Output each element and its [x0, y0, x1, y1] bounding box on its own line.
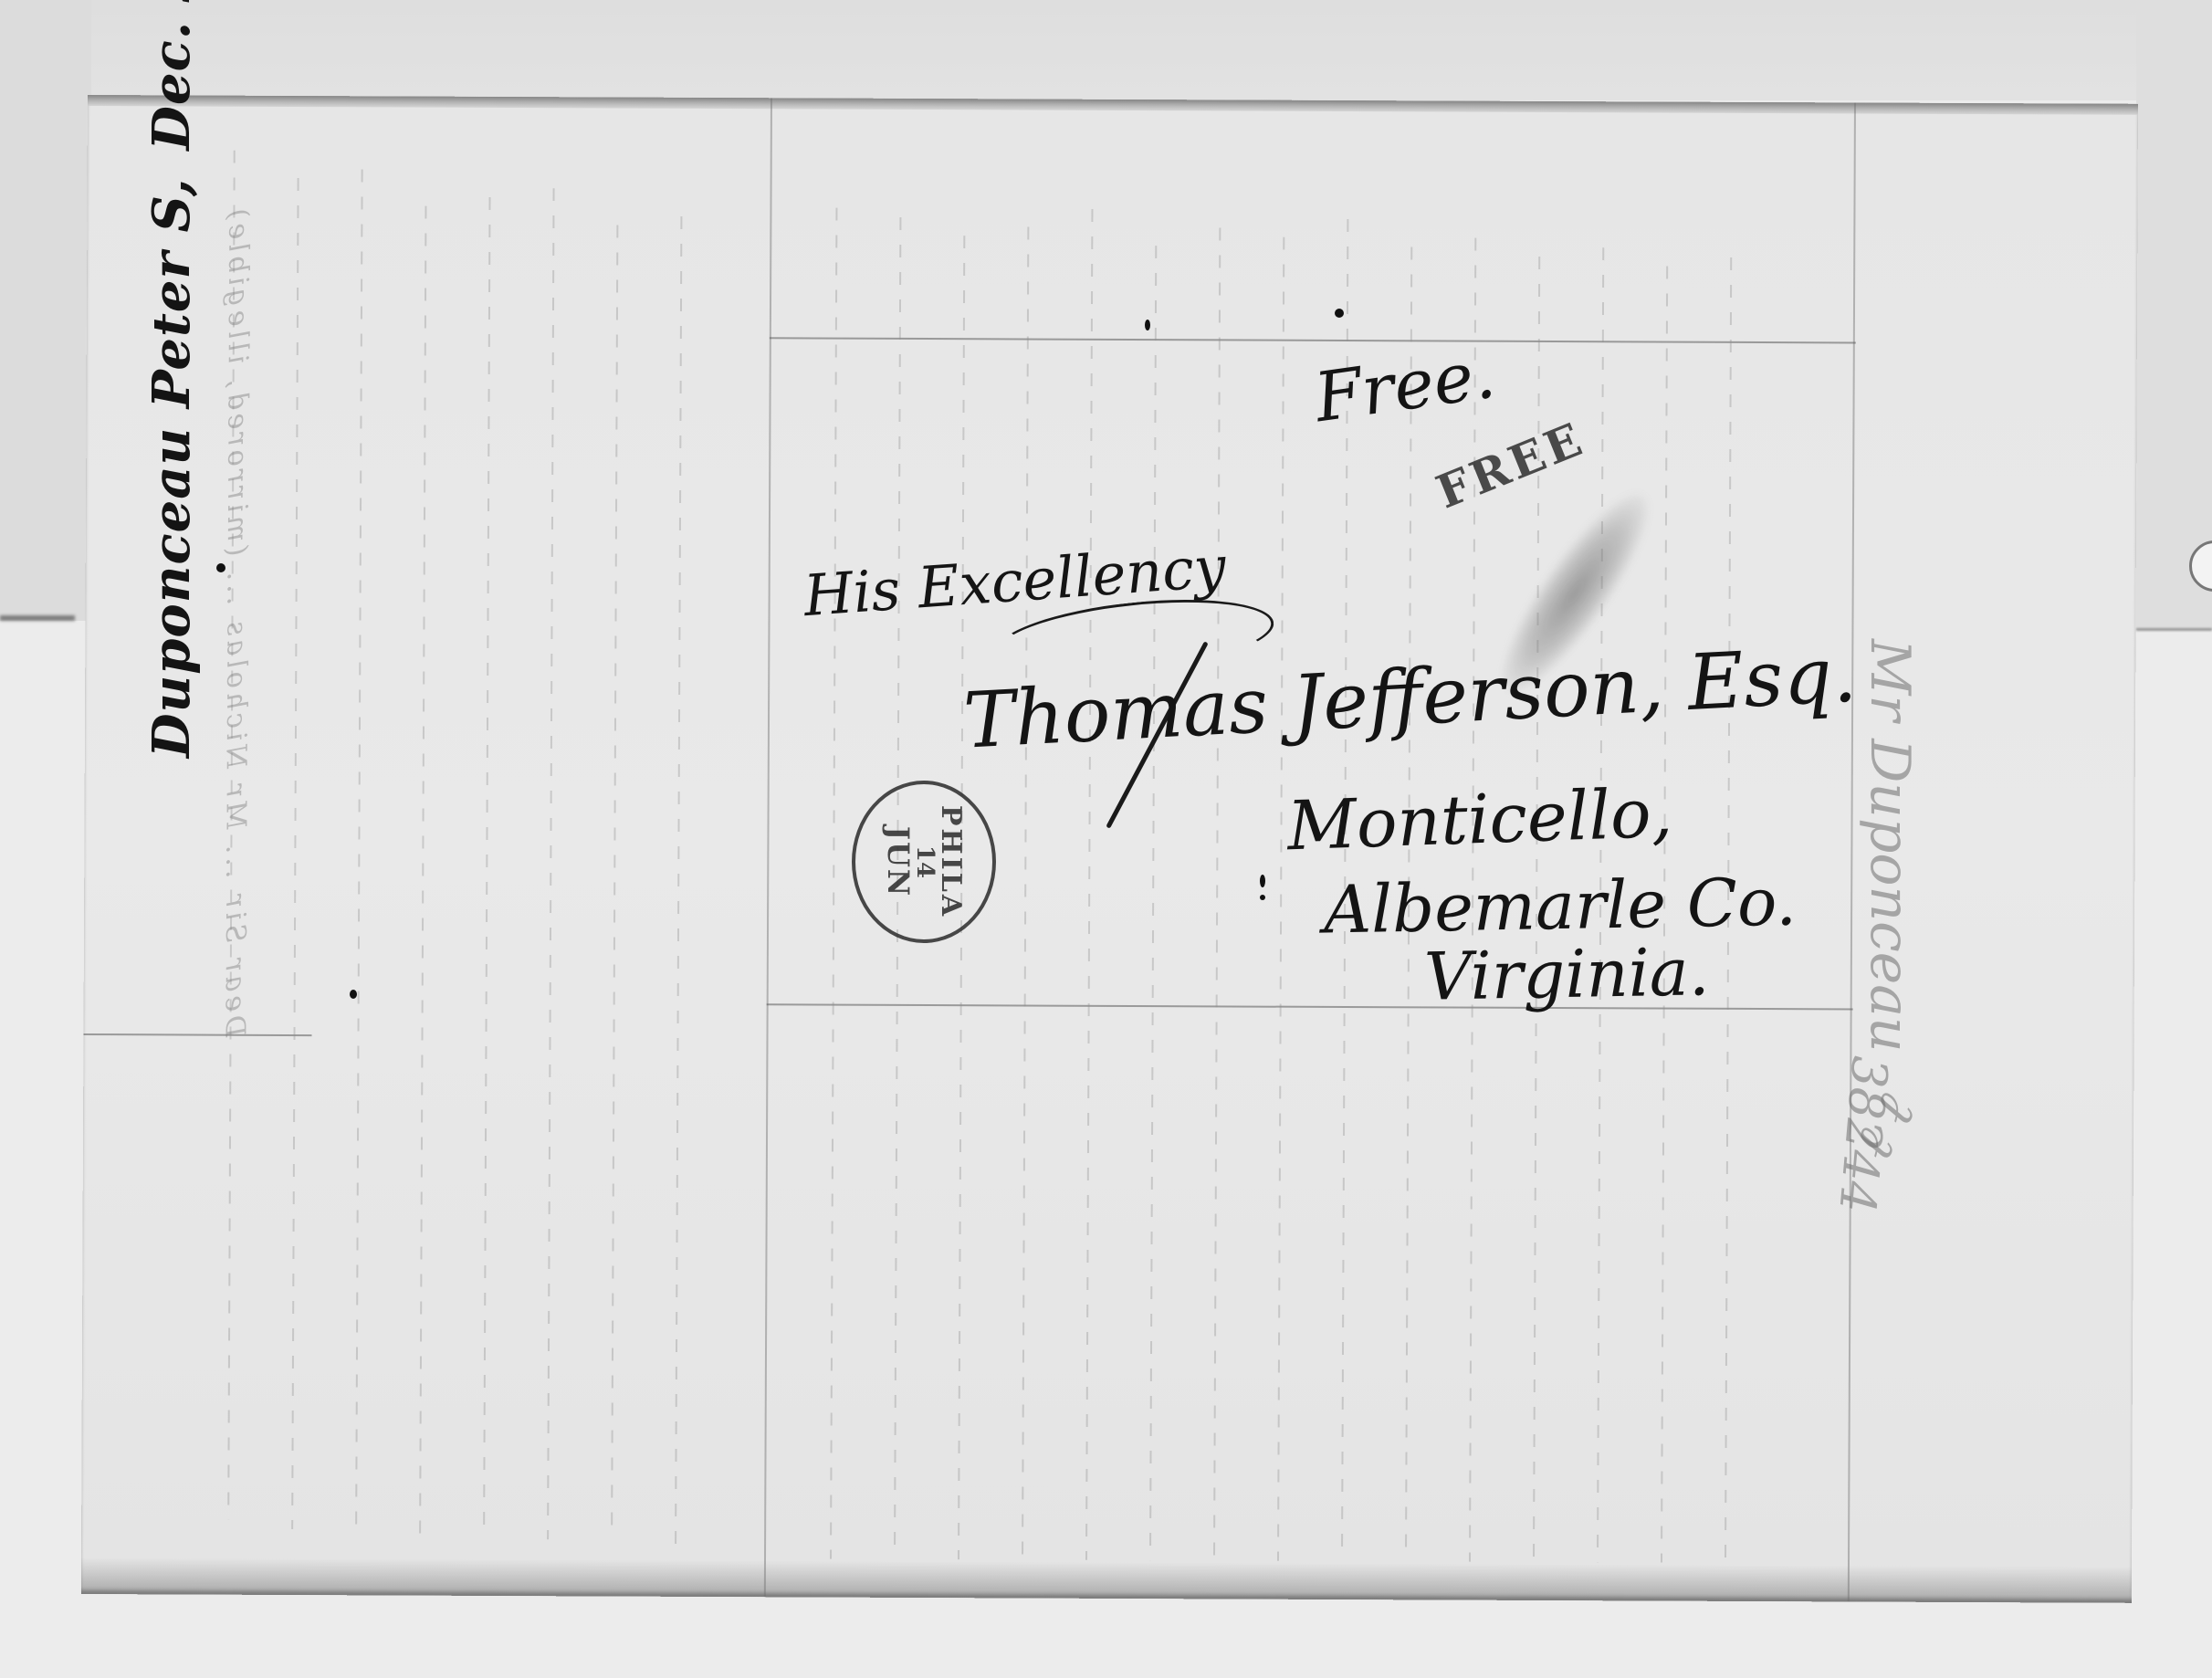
- paper-bottom-edge: [81, 1557, 2132, 1603]
- postmark-city: PHILA: [937, 805, 964, 918]
- fold-line-left-tick: [84, 1033, 312, 1036]
- bleed-through-text: Dear Sir ... Mr Nicholas ... (mirrored, …: [220, 205, 251, 1037]
- bleed-through-line: [1085, 209, 1093, 1560]
- ink-dot: [1260, 875, 1265, 887]
- ink-dot: [1145, 320, 1150, 330]
- bleed-through-line: [1022, 226, 1029, 1559]
- bleed-through-line: [355, 169, 363, 1538]
- docket-name: Duponceau Peter S,: [142, 178, 202, 758]
- bleed-through-line: [1277, 237, 1284, 1561]
- mount-edge-right: [2136, 628, 2212, 631]
- docket-date: Dec. 28. 20: [142, 0, 202, 151]
- bleed-through-line: [830, 208, 837, 1559]
- address-estate: Monticello,: [1286, 774, 1674, 866]
- postmark-month: JUN: [884, 805, 913, 918]
- bleed-through-line: [675, 216, 682, 1549]
- letter-sheet: Dear Sir ... Mr Nicholas ... (mirrored, …: [81, 95, 2138, 1603]
- ink-dot: [1260, 895, 1265, 900]
- address-state: Virginia.: [1423, 933, 1710, 1014]
- postmark-text: PHILA 14 JUN: [884, 805, 964, 918]
- postmark-circle: PHILA 14 JUN: [852, 781, 996, 943]
- bleed-through-line: [1213, 227, 1221, 1560]
- fold-line-vertical-2: [1848, 102, 1856, 1601]
- fold-line-horizontal-top: [770, 337, 1856, 343]
- mount-edge-left: [0, 615, 75, 621]
- postmark-day: 14: [913, 805, 937, 918]
- bleed-through-line: [419, 206, 426, 1539]
- fold-line-vertical-1: [764, 98, 772, 1597]
- bleed-through-line: [547, 188, 554, 1539]
- docket-note: Duponceau Peter S,Dec. 28. 20: [142, 0, 202, 758]
- pencil-note-name: Mr Duponceau: [1858, 639, 1922, 1053]
- bleed-through-line: [291, 178, 299, 1529]
- ink-dot: [1335, 309, 1344, 318]
- bleed-through-line: [611, 225, 618, 1540]
- ink-dot: [216, 563, 225, 572]
- bleed-through-line: [483, 197, 490, 1539]
- scanner-background-left: [0, 0, 91, 621]
- ink-dot: [350, 990, 357, 999]
- bleed-through-line: [1149, 246, 1157, 1560]
- scanner-background-right: [2136, 0, 2212, 630]
- scanner-background: [0, 0, 2212, 100]
